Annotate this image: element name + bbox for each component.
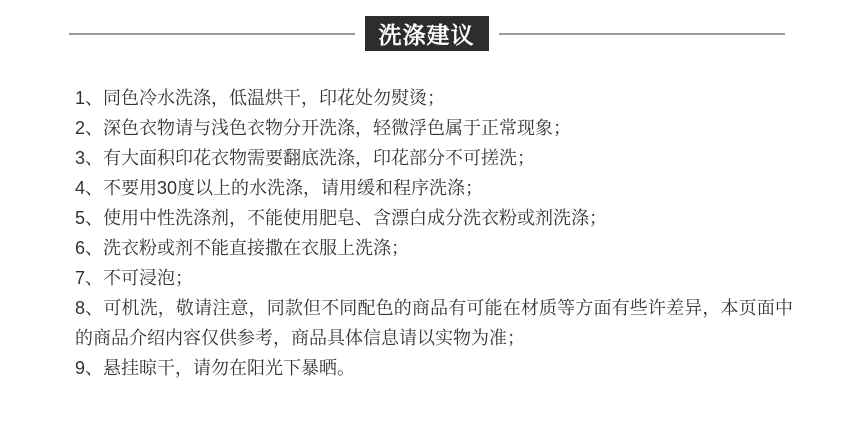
header-divider-right xyxy=(499,33,785,35)
instruction-item: 8、可机洗，敬请注意，同款但不同配色的商品有可能在材质等方面有些许差异，本页面中… xyxy=(75,293,793,353)
section-header: 洗涤建议 xyxy=(0,0,853,51)
header-divider-left xyxy=(69,33,355,35)
instruction-item: 7、不可浸泡； xyxy=(75,263,793,293)
instruction-item: 1、同色冷水洗涤，低温烘干，印花处勿熨烫； xyxy=(75,83,793,113)
washing-instructions-section: 洗涤建议 1、同色冷水洗涤，低温烘干，印花处勿熨烫； 2、深色衣物请与浅色衣物分… xyxy=(0,0,853,438)
instruction-list: 1、同色冷水洗涤，低温烘干，印花处勿熨烫； 2、深色衣物请与浅色衣物分开洗涤，轻… xyxy=(75,83,793,383)
instruction-item: 4、不要用30度以上的水洗涤，请用缓和程序洗涤； xyxy=(75,173,793,203)
instruction-item: 2、深色衣物请与浅色衣物分开洗涤，轻微浮色属于正常现象； xyxy=(75,113,793,143)
section-title: 洗涤建议 xyxy=(379,17,475,50)
instruction-item: 3、有大面积印花衣物需要翻底洗涤，印花部分不可搓洗； xyxy=(75,143,793,173)
section-title-box: 洗涤建议 xyxy=(365,16,489,51)
instruction-item: 5、使用中性洗涤剂，不能使用肥皂、含漂白成分洗衣粉或剂洗涤； xyxy=(75,203,793,233)
instruction-item: 9、悬挂晾干，请勿在阳光下暴晒。 xyxy=(75,353,793,383)
instruction-item: 6、洗衣粉或剂不能直接撒在衣服上洗涤； xyxy=(75,233,793,263)
